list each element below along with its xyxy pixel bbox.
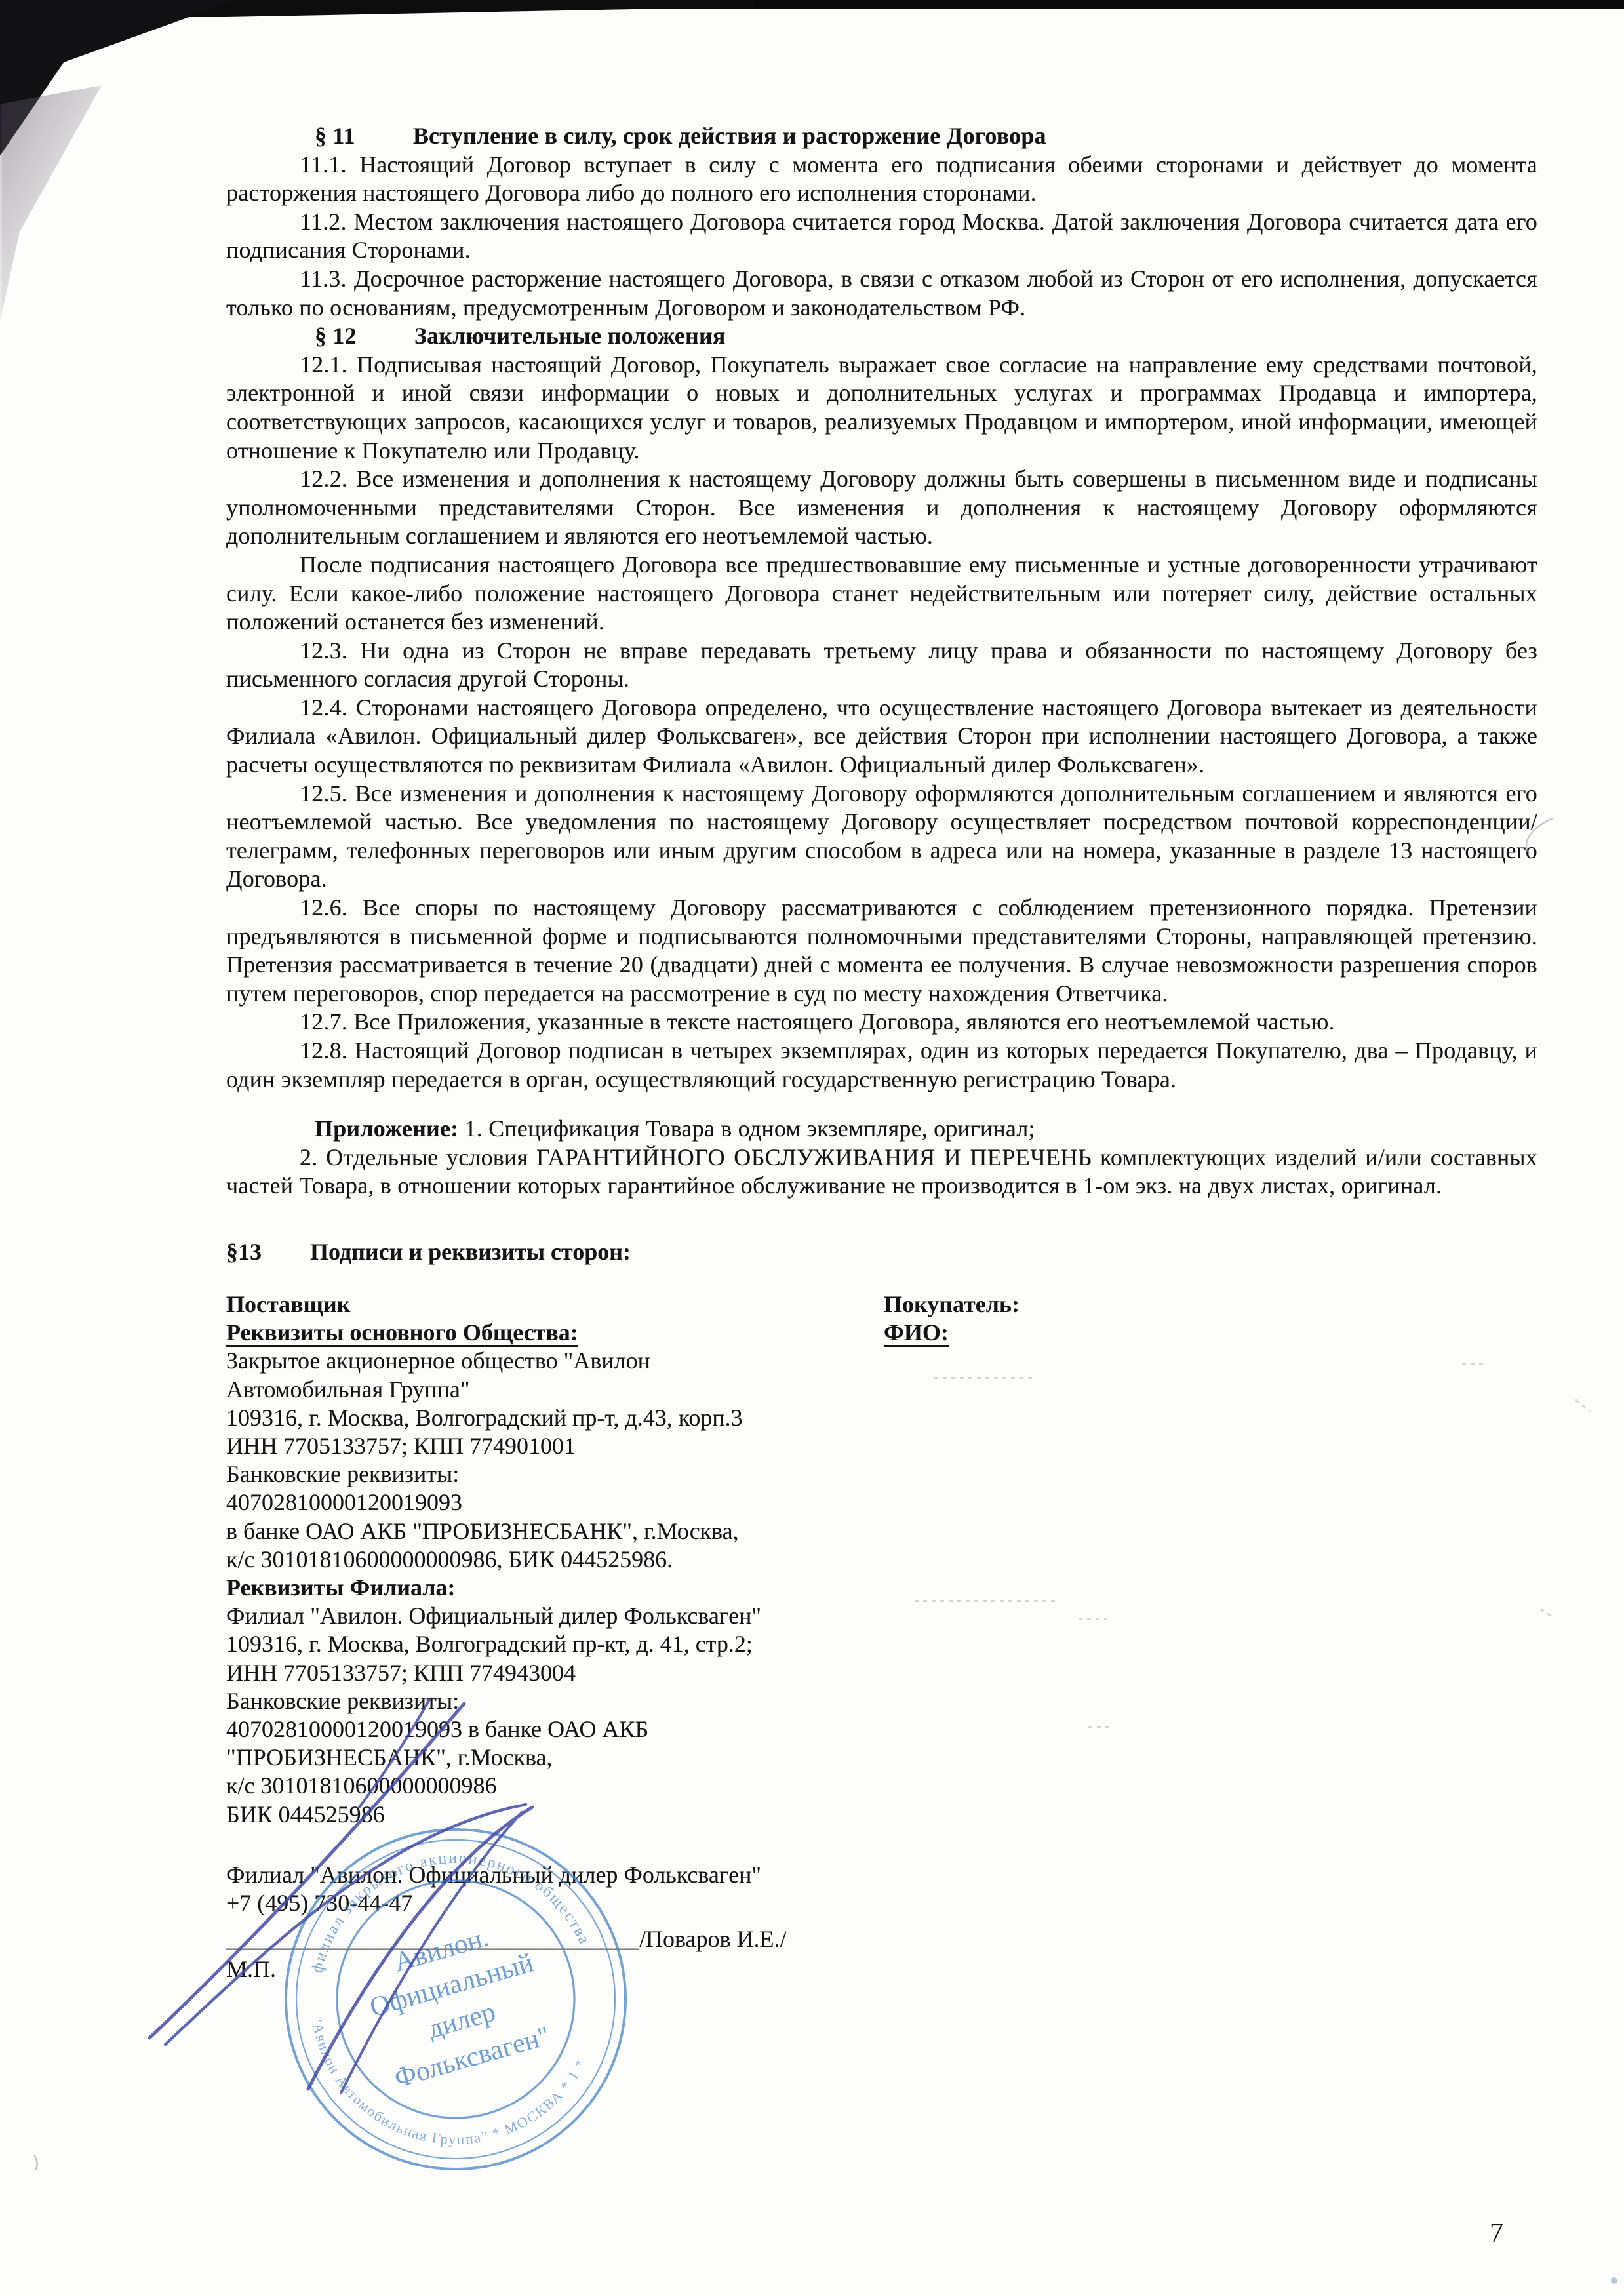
page-number: 7: [1490, 2218, 1503, 2249]
buyer-fio-label: ФИО:: [884, 1320, 949, 1347]
supplier-line: Банковские реквизиты:: [226, 1460, 764, 1488]
clause-12-2: 12.2. Все изменения и дополнения к насто…: [226, 465, 1537, 551]
attachment-item-2: 2. Отдельные условия ГАРАНТИЙНОГО ОБСЛУЖ…: [226, 1144, 1537, 1201]
supplier-line: 40702810000120019093: [226, 1488, 764, 1517]
supplier-line: в банке ОАО АКБ "ПРОБИЗНЕСБАНК", г.Москв…: [226, 1517, 764, 1546]
clause-12-4: 12.4. Сторонами настоящего Договора опре…: [226, 694, 1537, 780]
attachment-label: Приложение:: [315, 1115, 458, 1142]
section-13-number: §13: [226, 1239, 262, 1265]
clause-12-6: 12.6. Все споры по настоящему Договору р…: [226, 894, 1537, 1008]
supplier-line: к/с 30101810600000000986, БИК 044525986.: [226, 1546, 764, 1574]
section-11-number: § 11: [315, 123, 355, 149]
clause-11-2: 11.2. Местом заключения настоящего Догов…: [226, 208, 1537, 265]
scan-speck: [934, 1377, 1033, 1379]
clause-11-3: 11.3. Досрочное расторжение настоящего Д…: [226, 265, 1537, 322]
attachment-item-2-caps: ГАРАНТИЙНОГО ОБСЛУЖИВАНИЯ И ПЕРЕЧЕНЬ: [536, 1144, 1092, 1170]
supplier-line: Автомобильная Группа": [226, 1376, 764, 1404]
supplier-line: ИНН 7705133757; КПП 774901001: [226, 1432, 764, 1460]
supplier-line: 109316, г. Москва, Волгоградский пр-т, д…: [226, 1404, 764, 1432]
ink-dot: [1611, 2277, 1617, 2284]
attachment-item-1: 1. Спецификация Товара в одном экземпляр…: [458, 1115, 1035, 1142]
scan-scratch: [34, 2155, 37, 2170]
scan-speck: [1575, 1399, 1591, 1412]
supplier-line: Филиал "Авилон. Официальный дилер Фолькс…: [226, 1602, 764, 1630]
clause-12-7: 12.7. Все Приложения, указанные в тексте…: [226, 1008, 1537, 1037]
supplier-heading: Поставщик: [226, 1290, 764, 1319]
clause-11-1: 11.1. Настоящий Договор вступает в силу …: [226, 151, 1537, 208]
section-13-heading: §13Подписи и реквизиты сторон:: [226, 1238, 1537, 1266]
scan-corner-gradient: [0, 85, 164, 321]
section-12-title: Заключительные положения: [414, 323, 726, 349]
scan-speck: [1079, 1618, 1107, 1620]
clause-12-3: 12.3. Ни одна из Сторон не вправе переда…: [226, 637, 1537, 694]
clause-12-5: 12.5. Все изменения и дополнения к насто…: [226, 780, 1537, 894]
scan-speck: [915, 1600, 1059, 1602]
section-11-title: Вступление в силу, срок действия и расто…: [413, 123, 1046, 149]
buyer-heading: Покупатель:: [884, 1290, 1343, 1319]
attachment-block: Приложение: 1. Спецификация Товара в одн…: [226, 1115, 1537, 1201]
section-12-heading: § 12Заключительные положения: [226, 322, 1537, 351]
scanned-contract-page: § 11Вступление в силу, срок действия и р…: [0, 0, 1624, 2295]
attachment-item-2-pre: 2. Отдельные условия: [300, 1144, 536, 1170]
supplier-branch-heading: Реквизиты Филиала:: [226, 1574, 764, 1602]
pen-signature: [118, 1666, 590, 2111]
scan-speck: [1540, 1608, 1553, 1617]
section-12-number: § 12: [315, 323, 357, 349]
clause-12-2-continued: После подписания настоящего Договора все…: [226, 551, 1537, 637]
scan-speck: [1088, 1726, 1112, 1728]
contract-text: § 11Вступление в силу, срок действия и р…: [226, 122, 1537, 1094]
supplier-main-req-heading: Реквизиты основного Общества:: [226, 1320, 578, 1347]
clause-12-1: 12.1. Подписывая настоящий Договор, Поку…: [226, 351, 1537, 465]
attachment-line-1: Приложение: 1. Спецификация Товара в одн…: [226, 1115, 1537, 1144]
section-11-heading: § 11Вступление в силу, срок действия и р…: [226, 122, 1537, 151]
buyer-column: Покупатель: ФИО:: [884, 1290, 1343, 1347]
supplier-line: Закрытое акционерное общество "Авилон: [226, 1347, 764, 1375]
supplier-line: 109316, г. Москва, Волгоградский пр-кт, …: [226, 1630, 764, 1658]
section-13-title: Подписи и реквизиты сторон:: [310, 1239, 631, 1265]
clause-12-8: 12.8. Настоящий Договор подписан в четыр…: [226, 1037, 1537, 1094]
scan-speck: [1462, 1363, 1484, 1365]
